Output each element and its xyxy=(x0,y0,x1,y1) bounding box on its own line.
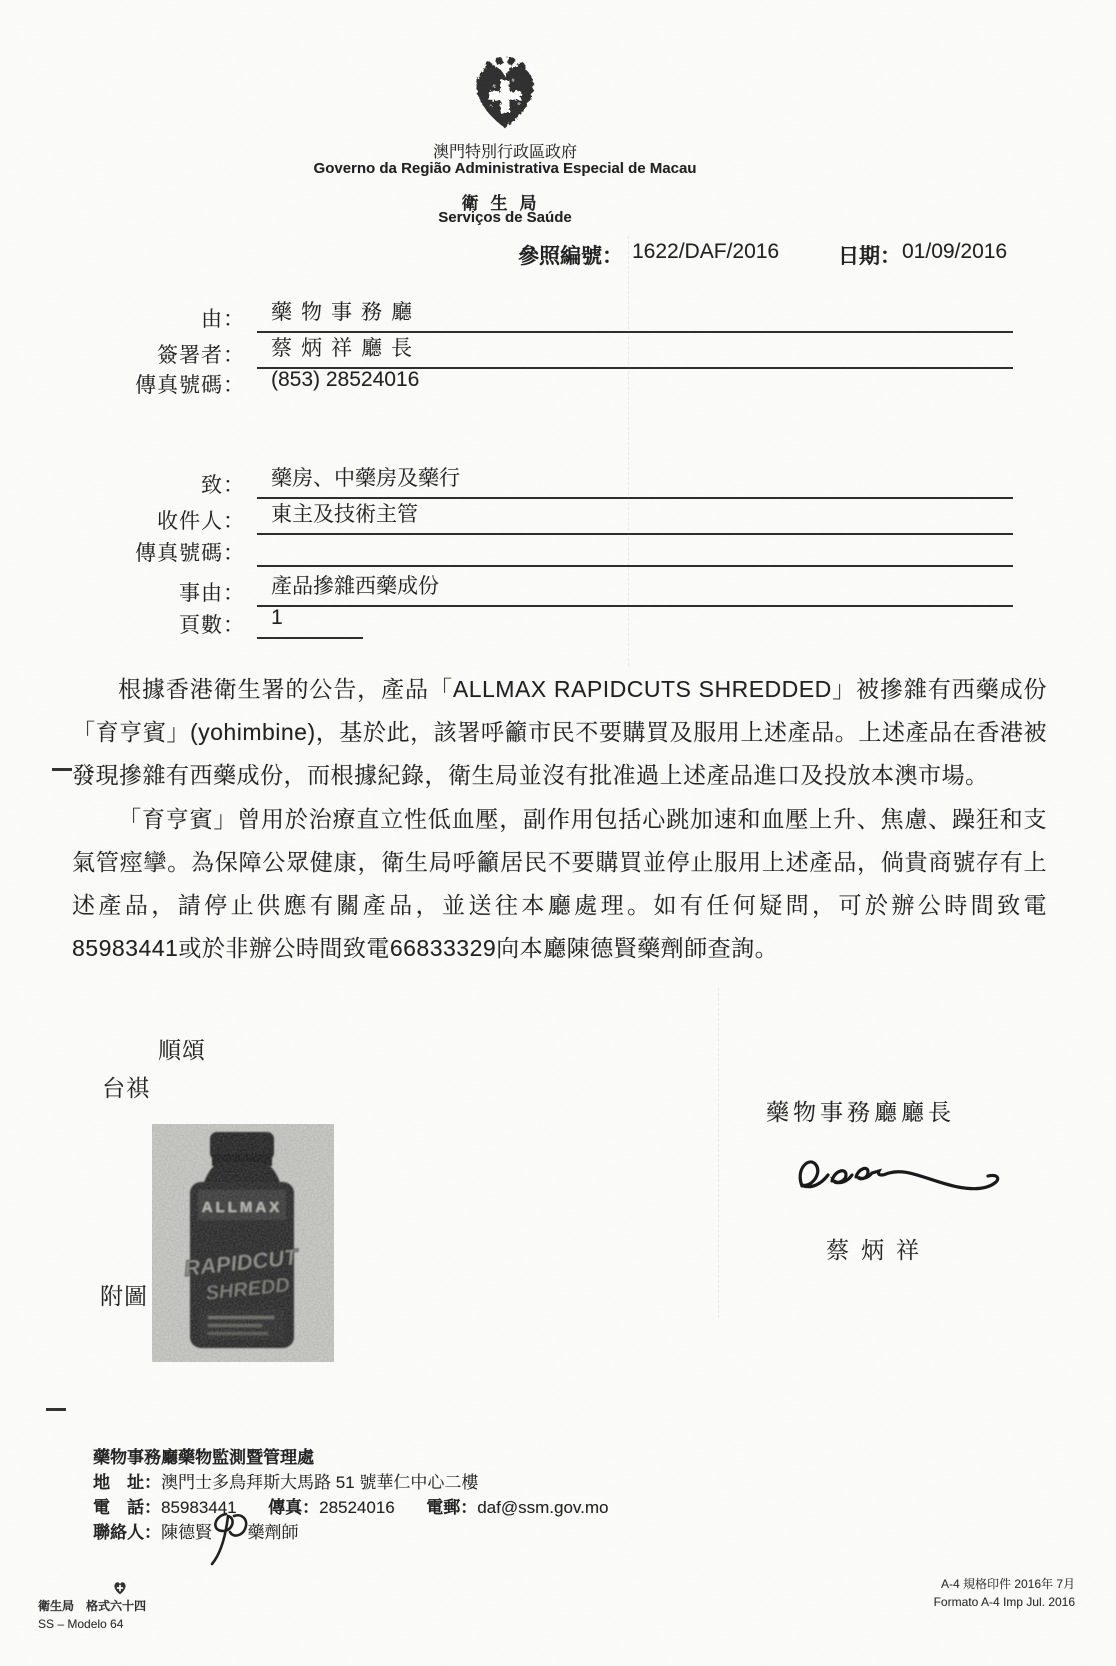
ssm-heart-logo xyxy=(464,56,546,136)
scan-fold-line-2 xyxy=(718,988,719,1318)
footer-phone-label: 電 話： xyxy=(93,1498,161,1517)
gov-name-pt: Governo da Região Administrativa Especia… xyxy=(35,160,975,177)
to-value: 藥房、中藥房及藥行 xyxy=(257,462,1013,499)
date-value: 01/09/2016 xyxy=(902,240,1007,264)
subject-value: 產品摻雜西藥成份 xyxy=(257,570,1013,607)
form-id-pt: SS – Modelo 64 xyxy=(38,1616,123,1633)
print-note-pt: Formato A-4 Imp Jul. 2016 xyxy=(875,1594,1075,1611)
signer-title: 藥物事務廳廳長 xyxy=(766,1094,955,1127)
signer-name: 蔡炳祥 xyxy=(826,1232,931,1265)
footer-contact-label: 聯絡人： xyxy=(93,1523,161,1542)
closing-shunsong: 順頌 xyxy=(158,1032,206,1065)
sender-fax-label: 傳真號碼： xyxy=(0,369,245,399)
attachment-label: 附圖 xyxy=(100,1278,148,1311)
ref-number-value: 1622/DAF/2016 xyxy=(632,240,779,264)
form-row-from: 由： 藥物事務廳 xyxy=(0,296,1013,333)
footer-address: 澳門士多鳥拜斯大馬路 51 號華仁中心二樓 xyxy=(161,1473,478,1492)
form-row-recipient-fax: 傳真號碼： xyxy=(0,534,1013,567)
recipient-fax-label: 傳真號碼： xyxy=(0,537,245,567)
form-row-signer: 簽署者： 蔡炳祥廳長 xyxy=(0,332,1013,369)
form-row-recipient: 收件人： 東主及技術主管 xyxy=(0,498,1013,535)
from-label: 由： xyxy=(0,303,245,333)
sender-fax-value: (853) 28524016 xyxy=(257,368,1013,399)
form-row-to: 致： 藥房、中藥房及藥行 xyxy=(0,462,1013,499)
contact-initials-mark xyxy=(196,1506,258,1580)
body-paragraph-1: 根據香港衛生署的公告，產品「ALLMAX RAPIDCUTS SHREDDED」… xyxy=(72,668,1047,797)
dept-name-pt: Serviços de Saúde xyxy=(35,209,975,226)
footer-department: 藥物事務廳藥物監測暨管理處 xyxy=(93,1443,314,1468)
to-label: 致： xyxy=(0,469,245,499)
print-note-cn: A-4 規格印件 2016年 7月 xyxy=(875,1576,1075,1593)
signer-value: 蔡炳祥廳長 xyxy=(257,332,1013,369)
body-paragraph-2: 「育亨賓」曾用於治療直立性低血壓，副作用包括心跳加速和血壓上升、焦慮、躁狂和支氣… xyxy=(72,798,1047,970)
form-row-pages: 頁數： 1 xyxy=(0,606,363,639)
date-label: 日期： xyxy=(838,240,901,270)
footer-fax-label: 傳真： xyxy=(268,1498,319,1517)
form-row-subject: 事由： 產品摻雜西藥成份 xyxy=(0,570,1013,607)
recipient-fax-value xyxy=(257,534,1013,567)
margin-dash-mark-2 xyxy=(46,1408,66,1411)
footer-email: daf@ssm.gov.mo xyxy=(477,1498,608,1517)
ref-number-label: 參照編號： xyxy=(518,240,623,270)
footer-address-label: 地 址： xyxy=(93,1473,161,1492)
pages-label: 頁數： xyxy=(0,609,245,639)
recipient-label: 收件人： xyxy=(0,505,245,535)
pages-value: 1 xyxy=(257,606,363,639)
director-signature xyxy=(786,1146,1021,1218)
scanned-letter-page: 澳門特別行政區政府 Governo da Região Administrati… xyxy=(0,0,1116,1666)
margin-dash-mark-1 xyxy=(52,768,72,771)
form-row-sender-fax: 傳真號碼： (853) 28524016 xyxy=(0,368,1013,399)
ssm-small-logo xyxy=(112,1580,128,1596)
from-value: 藥物事務廳 xyxy=(257,296,1013,333)
signer-label: 簽署者： xyxy=(0,339,245,369)
gov-name-cn: 澳門特別行政區政府 xyxy=(35,139,975,162)
footer-email-label: 電郵： xyxy=(426,1498,477,1517)
scan-fold-line-1 xyxy=(628,236,629,666)
footer-fax: 28524016 xyxy=(319,1498,395,1517)
subject-label: 事由： xyxy=(0,577,245,607)
recipient-value: 東主及技術主管 xyxy=(257,498,1013,535)
product-bottle-image: ALLMAX RAPIDCUT SHREDD xyxy=(152,1124,334,1362)
closing-taiqi: 台祺 xyxy=(102,1070,150,1103)
form-id-cn: 衛生局 格式六十四 xyxy=(38,1598,146,1615)
